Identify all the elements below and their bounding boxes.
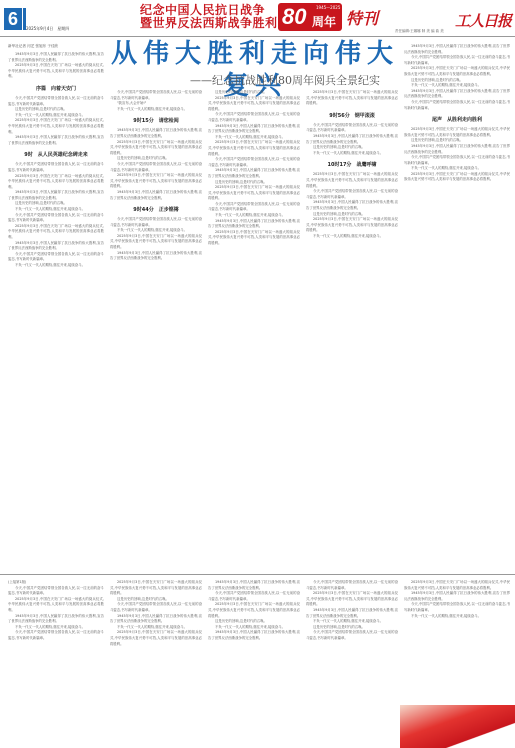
lower-column-2: 2025年9月3日,中国在天安门广场以一场盛大的阅兵仪式,中华民族伟大复兴势不可… xyxy=(110,580,202,745)
paragraph: 今天,中国共产党团结带领全国各族人民,以一往无前的奋斗姿态,书写新时代新篇章。 xyxy=(8,586,104,597)
paragraph: 今天,中国共产党团结带领全国各族人民,以一往无前的奋斗姿态,书写新时代新篇章。 xyxy=(404,155,510,166)
section-divider xyxy=(0,574,515,575)
anniversary-badge: 80 1945—2025 周年 xyxy=(278,3,342,31)
paragraph: 今天,中国共产党团结带领全国各族人民,以一往无前的奋斗姿态,书写新时代新篇章。 xyxy=(208,591,300,602)
paragraph: 1945年9月3日,中国人民赢得了抗日战争的伟大胜利,宣告了世界反法西斯战争的完… xyxy=(110,128,202,139)
paragraph: 不负一代又一代人的期待,继往开来,接续奋斗。 xyxy=(306,151,398,157)
section-heading: 尾声 从胜利走向胜利 xyxy=(404,116,510,123)
column-1: 1945年9月3日,中国人民赢得了抗日战争的伟大胜利,宣告了世界反法西斯战争的完… xyxy=(8,52,104,572)
paragraph: 今天,中国共产党团结带领全国各族人民,以一往无前的奋斗姿态,书写新时代新篇章。 xyxy=(110,602,202,613)
section-heading: 9时44分 正步铿锵 xyxy=(110,206,202,213)
paragraph: 2025年9月3日,中国在天安门广场以一场盛大的阅兵仪式,中华民族伟大复兴势不可… xyxy=(110,234,202,251)
masthead-rule xyxy=(0,36,515,37)
paragraph: 今天,中国共产党团结带领全国各族人民,以一往无前的奋斗姿态,书写新时代新篇章。 xyxy=(8,96,104,107)
paragraph: 1945年9月3日,中国人民赢得了抗日战争的伟大胜利,宣告了世界反法西斯战争的完… xyxy=(404,144,510,155)
paragraph: 2025年9月3日,中国在天安门广场以一场盛大的阅兵仪式,中华民族伟大复兴势不可… xyxy=(208,230,300,247)
paragraph: 1945年9月3日,中国人民赢得了抗日战争的伟大胜利,宣告了世界反法西斯战争的完… xyxy=(306,608,398,619)
paragraph: 今天,中国共产党团结带领全国各族人民,以一往无前的奋斗姿态,书写新时代新篇章。 xyxy=(404,55,510,66)
paragraph: 今天,中国共产党团结带领全国各族人民,以一往无前的奋斗姿态,书写新时代新篇章。 xyxy=(8,213,104,224)
paragraph: 2025年9月3日,中国在天安门广场以一场盛大的阅兵仪式,中华民族伟大复兴势不可… xyxy=(404,580,510,591)
paragraph: 不负一代又一代人的期待,继往开来,接续奋斗。 xyxy=(110,107,202,113)
paragraph: 今天,中国共产党团结带领全国各族人民,以一往无前的奋斗姿态,书写新时代新篇章。 xyxy=(306,123,398,134)
column-4: 2025年9月3日,中国在天安门广场以一场盛大的阅兵仪式,中华民族伟大复兴势不可… xyxy=(306,90,398,572)
paragraph: 2025年9月3日,中国在天安门广场以一场盛大的阅兵仪式,中华民族伟大复兴势不可… xyxy=(110,173,202,190)
column-5: 1945年9月3日,中国人民赢得了抗日战争的伟大胜利,宣告了世界反法西斯战争的完… xyxy=(404,44,510,572)
paragraph: 2025年9月3日,中国在天安门广场以一场盛大的阅兵仪式,中华民族伟大复兴势不可… xyxy=(306,90,398,107)
paragraph: 2025年9月3日,中国在天安门广场以一场盛大的阅兵仪式,中华民族伟大复兴势不可… xyxy=(8,174,104,191)
editors-credit: 责任编辑:王娜娜 制 美 编 曲 美 xyxy=(395,29,444,34)
paragraph: 2025年9月3日,中国在天安门广场以一场盛大的阅兵仪式,中华民族伟大复兴势不可… xyxy=(306,591,398,608)
paragraph: 1945年9月3日,中国人民赢得了抗日战争的伟大胜利,宣告了世界反法西斯战争的完… xyxy=(404,591,510,602)
paragraph: 1945年9月3日,中国人民赢得了抗日战争的伟大胜利,宣告了世界反法西斯战争的完… xyxy=(208,580,300,591)
paragraph: 1945年9月3日,中国人民赢得了抗日战争的伟大胜利,宣告了世界反法西斯战争的完… xyxy=(8,190,104,201)
paragraph: 1945年9月3日,中国人民赢得了抗日战争的伟大胜利,宣告了世界反法西斯战争的完… xyxy=(8,614,104,625)
column-2: 今天,中国共产党团结带领全国各族人民,以一往无前的奋斗姿态,书写新时代新篇章。 … xyxy=(110,90,202,572)
paragraph: 2025年9月3日,中国在天安门广场以一场盛大的阅兵仪式,中华民族伟大复兴势不可… xyxy=(306,172,398,189)
paragraph: 今天,中国共产党团结带领全国各族人民,以一往无前的奋斗姿态,书写新时代新篇章。 xyxy=(110,217,202,228)
paragraph: 2025年9月3日,中国在天安门广场以一场盛大的阅兵仪式,中华民族伟大复兴势不可… xyxy=(8,63,104,80)
issue-date: 2025年9月4日 星期四 xyxy=(26,26,69,32)
paragraph: 今天,中国共产党团结带领全国各族人民,以一往无前的奋斗姿态,书写新时代新篇章。 xyxy=(110,162,202,173)
section-heading: 9时 从人民英雄纪念碑走来 xyxy=(8,151,104,158)
lower-column-3: 1945年9月3日,中国人民赢得了抗日战争的伟大胜利,宣告了世界反法西斯战争的完… xyxy=(208,580,300,745)
paragraph: 今天,中国共产党团结带领全国各族人民,以一往无前的奋斗姿态,书写新时代新篇章。 xyxy=(404,602,510,613)
section-heading: 序篇 向着天安门 xyxy=(8,85,104,92)
section-heading: 9时56分 钢甲滚滚 xyxy=(306,112,398,119)
lower-column-4: 今天,中国共产党团结带领全国各族人民,以一往无前的奋斗姿态,书写新时代新篇章。 … xyxy=(306,580,398,745)
section-heading: 10时17分 战鹰呼啸 xyxy=(306,161,398,168)
paragraph: 今天,中国共产党团结带领全国各族人民,以一往无前的奋斗姿态,书写新时代新篇章。 xyxy=(8,162,104,173)
paragraph: 1945年9月3日,中国人民赢得了抗日战争的伟大胜利,宣告了世界反法西斯战争的完… xyxy=(8,241,104,252)
byline: 新华社记者 闫艺 张旭东 于佳欣 xyxy=(8,44,58,49)
paragraph: 不负一代又一代人的期待,继往开来,接续奋斗。 xyxy=(8,263,104,269)
paragraph: 不负一代又一代人的期待,继往开来,接续奋斗。 xyxy=(306,234,398,240)
paragraph: 今天,中国共产党团结带领全国各族人民,以一往无前的奋斗姿态,书写新时代新篇章。 xyxy=(306,189,398,200)
paragraph: 1945年9月3日,中国人民赢得了抗日战争的伟大胜利,宣告了世界反法西斯战争的完… xyxy=(404,89,510,100)
paragraph: 2025年9月3日,中国在天安门广场以一场盛大的阅兵仪式,中华民族伟大复兴势不可… xyxy=(208,140,300,157)
paragraph: 2025年9月3日,中国在天安门广场以一场盛大的阅兵仪式,中华民族伟大复兴势不可… xyxy=(208,185,300,202)
paragraph: 1945年9月3日,中国人民赢得了抗日战争的伟大胜利,宣告了世界反法西斯战争的完… xyxy=(306,200,398,211)
paragraph: 2025年9月3日,中国在天安门广场以一场盛大的阅兵仪式,中华民族伟大复兴势不可… xyxy=(208,96,300,113)
paragraph: 2025年9月3日,中国在天安门广场以一场盛大的阅兵仪式,中华民族伟大复兴势不可… xyxy=(8,597,104,614)
paragraph: 今天,中国共产党团结带领全国各族人民,以一往无前的奋斗姿态,书写新时代新篇章。 xyxy=(306,630,398,641)
paragraph: 今天,中国共产党团结带领全国各族人民,以一往无前的奋斗姿态,书写新时代新篇章。 xyxy=(208,202,300,213)
paragraph: 1945年9月3日,中国人民赢得了抗日战争的伟大胜利,宣告了世界反法西斯战争的完… xyxy=(306,134,398,145)
newspaper-logo: 工人日报 xyxy=(455,10,511,31)
paragraph: 2025年9月3日,中国在天安门广场以一场盛大的阅兵仪式,中华民族伟大复兴势不可… xyxy=(8,224,104,241)
special-issue-label: 特刊 xyxy=(346,6,378,29)
masthead: 6 2025年9月4日 星期四 纪念中国人民抗日战争 暨世界反法西斯战争胜利 8… xyxy=(0,0,515,36)
paragraph: 今天,中国共产党团结带领全国各族人民,以一往无前的奋斗姿态,书写新时代新篇章。 xyxy=(306,580,398,591)
paragraph: 今天,中国共产党团结带领全国各族人民,以一往无前的奋斗姿态,书写新时代新篇章。 xyxy=(110,90,202,101)
subheadline: ——纪念抗战胜利80周年阅兵全景纪实 xyxy=(190,72,410,88)
paragraph: 2025年9月3日,中国在天安门广场以一场盛大的阅兵仪式,中华民族伟大复兴势不可… xyxy=(404,127,510,138)
paragraph: 1945年9月3日,中国人民赢得了抗日战争的伟大胜利,宣告了世界反法西斯战争的完… xyxy=(208,630,300,641)
paragraph: 1945年9月3日,中国人民赢得了抗日战争的伟大胜利,宣告了世界反法西斯战争的完… xyxy=(208,219,300,230)
paragraph: 今天,中国共产党团结带领全国各族人民,以一往无前的奋斗姿态,书写新时代新篇章。 xyxy=(8,630,104,641)
section-heading: 9时15分 请您检阅 xyxy=(110,117,202,124)
paragraph: 2025年9月3日,中国在天安门广场以一场盛大的阅兵仪式,中华民族伟大复兴势不可… xyxy=(404,66,510,77)
paragraph: 今天,中国共产党团结带领全国各族人民,以一往无前的奋斗姿态,书写新时代新篇章。 xyxy=(404,100,510,111)
paragraph: 2025年9月3日,中国在天安门广场以一场盛大的阅兵仪式,中华民族伟大复兴势不可… xyxy=(110,580,202,597)
paragraph: 2025年9月3日,中国在天安门广场以一场盛大的阅兵仪式,中华民族伟大复兴势不可… xyxy=(404,172,510,183)
paragraph: 2025年9月3日,中国在天安门广场以一场盛大的阅兵仪式,中华民族伟大复兴势不可… xyxy=(110,140,202,157)
badge-number: 80 xyxy=(282,4,306,30)
paragraph: 1945年9月3日,中国人民赢得了抗日战争的伟大胜利,宣告了世界反法西斯战争的完… xyxy=(208,168,300,179)
paragraph: 2025年9月3日,中国在天安门广场以一场盛大的阅兵仪式,中华民族伟大复兴势不可… xyxy=(208,602,300,619)
paragraph: 今天,中国共产党团结带领全国各族人民,以一往无前的奋斗姿态,书写新时代新篇章。 xyxy=(208,157,300,168)
page-number: 6 xyxy=(4,8,22,30)
paragraph: 1945年9月3日,中国人民赢得了抗日战争的伟大胜利,宣告了世界反法西斯战争的完… xyxy=(8,52,104,63)
paragraph: 1945年9月3日,中国人民赢得了抗日战争的伟大胜利,宣告了世界反法西斯战争的完… xyxy=(110,190,202,201)
paragraph: 2025年9月3日,中国在天安门广场以一场盛大的阅兵仪式,中华民族伟大复兴势不可… xyxy=(110,630,202,647)
paragraph: 今天,中国共产党团结带领全国各族人民,以一往无前的奋斗姿态,书写新时代新篇章。 xyxy=(208,112,300,123)
paragraph: 1945年9月3日,中国人民赢得了抗日战争的伟大胜利,宣告了世界反法西斯战争的完… xyxy=(110,251,202,262)
paragraph: 1945年9月3日,中国人民赢得了抗日战争的伟大胜利,宣告了世界反法西斯战争的完… xyxy=(110,614,202,625)
paragraph: 1945年9月3日,中国人民赢得了抗日战争的伟大胜利,宣告了世界反法西斯战争的完… xyxy=(404,44,510,55)
lower-column-1: (上接第1版) 今天,中国共产党团结带领全国各族人民,以一往无前的奋斗姿态,书写… xyxy=(8,580,104,745)
paragraph: 2025年9月3日,中国在天安门广场以一场盛大的阅兵仪式,中华民族伟大复兴势不可… xyxy=(8,118,104,135)
red-flag-photo xyxy=(400,705,515,748)
paragraph: 不负一代又一代人的期待,继往开来,接续奋斗。 xyxy=(404,614,510,620)
column-3: 这是历史的回响,这是时代的召唤。 2025年9月3日,中国在天安门广场以一场盛大… xyxy=(208,90,300,572)
paragraph: 2025年9月3日,中国在天安门广场以一场盛大的阅兵仪式,中华民族伟大复兴势不可… xyxy=(306,217,398,234)
paragraph: 今天,中国共产党团结带领全国各族人民,以一往无前的奋斗姿态,书写新时代新篇章。 xyxy=(8,252,104,263)
banner-title: 纪念中国人民抗日战争 暨世界反法西斯战争胜利 xyxy=(140,4,278,30)
paragraph: 1945年9月3日,中国人民赢得了抗日战争的伟大胜利,宣告了世界反法西斯战争的完… xyxy=(8,135,104,146)
badge-suffix: 周年 xyxy=(312,13,336,30)
lower-column-5: 2025年9月3日,中国在天安门广场以一场盛大的阅兵仪式,中华民族伟大复兴势不可… xyxy=(404,580,510,705)
banner-line-2: 暨世界反法西斯战争胜利 xyxy=(140,17,278,30)
paragraph: 1945年9月3日,中国人民赢得了抗日战争的伟大胜利,宣告了世界反法西斯战争的完… xyxy=(208,124,300,135)
badge-years: 1945—2025 xyxy=(316,5,340,10)
